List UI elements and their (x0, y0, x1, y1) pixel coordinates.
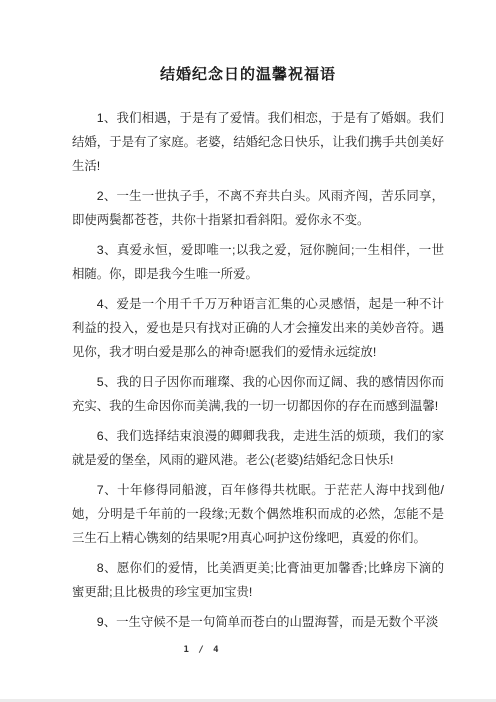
paragraph-4: 4、爱是一个用千千万万种语言汇集的心灵感悟，起是一种不计利益的投入，爱也是只有找… (72, 292, 444, 364)
document-page: 结婚纪念日的温馨祝福语 1、我们相遇，于是有了爱情。我们相恋，于是有了婚姻。我们… (0, 0, 496, 702)
paragraph-3: 3、真爱永恒，爱即唯一;以我之爱，冠你腕间;一生相伴，一世相随。你，即是我今生唯… (72, 238, 444, 286)
paragraph-5: 5、我的日子因你而璀璨、我的心因你而辽阔、我的感情因你而充实、我的生命因你而美满… (72, 370, 444, 418)
paragraph-6: 6、我们选择结束浪漫的卿卿我我，走进生活的烦琐，我们的家就是爱的堡垒，风雨的避风… (72, 424, 444, 472)
page-number-indicator: 1 / 4 (170, 645, 234, 655)
paragraph-9: 9、一生守候不是一句简单而苍白的山盟海誓，而是无数个平淡 (72, 610, 444, 634)
paragraph-7: 7、十年修得同船渡，百年修得共枕眠。于茫茫人海中找到他/她，分明是千年前的一段缘… (72, 478, 444, 550)
paragraph-8: 8、愿你们的爱情，比美酒更美;比膏油更加馨香;比蜂房下滴的蜜更甜;且比极贵的珍宝… (72, 556, 444, 604)
document-body: 1、我们相遇，于是有了爱情。我们相恋，于是有了婚姻。我们结婚，于是有了家庭。老婆… (72, 106, 444, 634)
paragraph-2: 2、一生一世执子手，不离不弃共白头。风雨齐闯，苦乐同享，即使两鬓都苍苍，共你十指… (72, 184, 444, 232)
paragraph-1: 1、我们相遇，于是有了爱情。我们相恋，于是有了婚姻。我们结婚，于是有了家庭。老婆… (72, 106, 444, 178)
page-title: 结婚纪念日的温馨祝福语 (0, 0, 496, 88)
